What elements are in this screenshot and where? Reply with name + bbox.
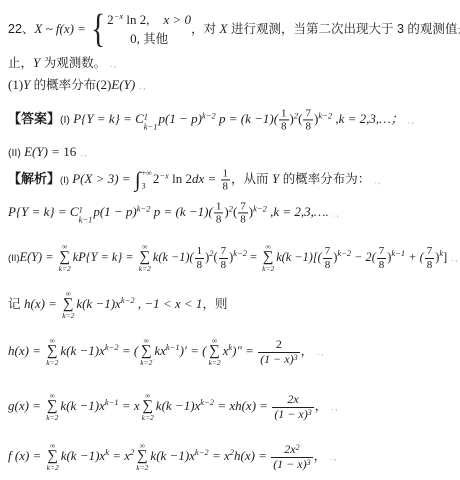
paragraph-mark: . , [331, 403, 337, 412]
frac-num: 7 [238, 200, 248, 212]
case2-zero: 0, [130, 31, 143, 46]
sum-lower: k=2 [59, 265, 71, 273]
var-x: X [220, 21, 228, 36]
summation: ∞∑k=2 [47, 442, 59, 472]
frac-num: 1 [214, 200, 224, 212]
summation: ∞∑k=2 [46, 392, 58, 422]
frac-den: 8 [377, 258, 387, 271]
pyk-lhs: P{Y = k} = C [70, 111, 144, 126]
exp-2: 2 [130, 447, 134, 457]
pyk-domain: ,k = 2,3,…； [332, 111, 404, 126]
analysis-label: 【解析】 [8, 171, 60, 186]
pyk-domain: ,k = 2,3,…. [267, 204, 329, 219]
comb-sub: k−1 [144, 122, 158, 131]
result-fraction: 2x(1 − x)3 [272, 393, 313, 420]
frac-num: 2x2 [282, 443, 301, 456]
summation: ∞∑k=2 [262, 243, 274, 273]
exp-k-1: k−1 [105, 397, 119, 407]
sum-lower: k=2 [142, 414, 154, 422]
case-positive: 2−x ln 2,x > 0 [107, 11, 191, 30]
fraction-7-8: 78 [219, 245, 229, 270]
summation: ∞∑k=2 [59, 243, 71, 273]
integral-upper: +∞ [142, 168, 152, 179]
density-lhs: X ~ f(x) = [34, 21, 89, 36]
analysis-tag-1: (I) [60, 175, 69, 186]
sum-lower: k=2 [46, 359, 58, 367]
comb-sub: k−1 [79, 215, 93, 224]
sub-questions-line: (1)Y 的概率分布(2)E(Y). , [8, 76, 145, 94]
frac-den: 8 [221, 180, 231, 193]
answer-tag-2: (II) [8, 147, 21, 159]
px3-lhs: P(X > 3) = [69, 171, 134, 186]
paragraph-mark: . , [374, 176, 380, 185]
frac-den: 8 [219, 258, 229, 271]
sigma-icon: ∑ [137, 450, 148, 464]
sigma-icon: ∑ [63, 298, 74, 312]
sigma-icon: ∑ [142, 400, 153, 414]
sigma-icon: ∑ [139, 251, 150, 265]
cont-text-post: 为观测数。 [40, 56, 106, 70]
piecewise-cases: {2−x ln 2,x > 00, 其他 [91, 11, 191, 49]
sigma-icon: ∑ [59, 251, 70, 265]
exp-k-2: k−2 [200, 397, 214, 407]
problem-statement-line: 22、X ~ f(x) = {2−x ln 2,x > 00, 其他，对 X 进… [8, 11, 460, 49]
integrand-exp: −x [159, 170, 169, 180]
q1-var-y: Y [23, 77, 33, 92]
exp-k-1: k−1 [166, 342, 180, 352]
sigma-icon: ∑ [47, 450, 58, 464]
paragraph-mark: . , [317, 348, 323, 357]
summation: ∞∑k=2 [142, 392, 154, 422]
then-text: ，则 [202, 297, 227, 311]
combination-scripts: 1k−1 [144, 113, 158, 132]
summation: ∞∑k=2 [208, 337, 220, 367]
pyk-p-exp: k−2 [137, 203, 151, 213]
trailing-comma: ， [301, 344, 314, 358]
fraction-1-8: 18 [195, 245, 205, 270]
equals-x2b: = x [209, 448, 230, 463]
h-interval: , −1 < x < 1 [135, 296, 203, 311]
sigma-icon: ∑ [263, 251, 274, 265]
exp-k-2: k−2 [121, 295, 135, 305]
f-derivation-line: f (x) = ∞∑k=2k(k −1)xk = x2∞∑k=2k(k −1)x… [8, 442, 336, 472]
combination-scripts: 1k−1 [79, 206, 93, 225]
sum-lower: k=2 [140, 359, 152, 367]
term-bracket-open: k(k −1)[( [276, 250, 322, 264]
integral-lower: 3 [142, 181, 152, 192]
frac-num: 1 [221, 167, 231, 179]
integral-sign: ∫ [135, 170, 141, 191]
follow-text-pre: ，从而 [231, 172, 272, 186]
h-definition-line: 记 h(x) = ∞∑k=2k(k −1)xk−2 , −1 < x < 1，则 [8, 290, 227, 320]
pyk-p-exp: k−2 [202, 110, 216, 120]
exp-k: k [228, 342, 232, 352]
exp-k: k [105, 447, 109, 457]
frac-den: 8 [303, 120, 313, 133]
h-term2: kx [154, 343, 166, 358]
answer-label: 【答案】 [8, 111, 60, 126]
equals-xhx: = xh(x) = [214, 398, 271, 413]
exp-k-2: k−2 [233, 248, 247, 258]
open-paren: ( [233, 204, 237, 219]
fraction-1-8: 18 [221, 167, 231, 192]
den-exp: 3 [294, 353, 298, 362]
f-term1: k(k −1)x [61, 448, 106, 463]
summation: ∞∑k=2 [139, 243, 151, 273]
open-paren: ( [213, 250, 217, 264]
den-base: (1 − x) [274, 407, 307, 421]
frac-num: 2 [274, 338, 284, 351]
equals-open: = ( [119, 343, 139, 358]
paragraph-mark: . , [408, 116, 414, 125]
sum-lower: k=2 [136, 464, 148, 472]
analysis-tag-2: (II) [8, 253, 20, 264]
answer-line-2: (II) E(Y) = 16. , [8, 143, 86, 161]
distribution-line: P{Y = k} = C1k−1p(1 − p)k−2 p = (k −1)(1… [8, 200, 339, 225]
trailing-comma: ， [315, 399, 328, 413]
sum-lower: k=2 [46, 414, 58, 422]
equals-x: = x [119, 398, 140, 413]
exp-2: 2 [209, 248, 213, 258]
exp-2: 2 [229, 203, 233, 213]
frac-den: (1 − x)3 [272, 407, 313, 421]
frac-den: (1 − x)3 [271, 457, 312, 471]
frac-den: 8 [323, 258, 333, 271]
pyk-lhs: P{Y = k} = C [8, 204, 79, 219]
pyk-rhs: p = (k −1)( [216, 111, 278, 126]
sum-lower: k=2 [139, 265, 151, 273]
frac-num: 7 [425, 245, 435, 257]
frac-den: 8 [425, 258, 435, 271]
frac-num: 1 [195, 245, 205, 257]
h-term1: k(k −1)x [60, 343, 105, 358]
fraction-7-8: 78 [238, 200, 248, 225]
plus-term: + ( [405, 250, 424, 264]
bracket-close: ] [443, 250, 447, 264]
h-lhs: h(x) = [8, 343, 44, 358]
statement-text-post: 进行观测，当第二次出现大于 3 的观测值是停 [228, 22, 460, 36]
num-base: 2x [284, 442, 295, 456]
case2-otherwise-text: 其他 [143, 32, 168, 46]
sigma-icon: ∑ [141, 345, 152, 359]
den-base: (1 − x) [260, 352, 293, 366]
follow-text-post: 的概率分布为： [279, 172, 370, 186]
fraction-7-8: 78 [303, 107, 313, 132]
exp-k: k [439, 248, 443, 258]
g-derivation-line: g(x) = ∞∑k=2k(k −1)xk−1 = x∞∑k=2k(k −1)x… [8, 392, 337, 422]
dprime-equals: )″ = [232, 343, 257, 358]
sigma-icon: ∑ [47, 400, 58, 414]
summation: ∞∑k=2 [46, 337, 58, 367]
trailing-comma: ， [314, 449, 327, 463]
result-fraction: 2(1 − x)3 [258, 338, 299, 365]
paragraph-mark: . , [80, 149, 86, 158]
summation: ∞∑k=2 [140, 337, 152, 367]
g-term1: k(k −1)x [60, 398, 105, 413]
open-paren: ( [298, 111, 302, 126]
equals-x2: = x [109, 448, 130, 463]
frac-num: 7 [219, 245, 229, 257]
g-term2: k(k −1)x [156, 398, 201, 413]
term-kpyk: kP{Y = k} = [73, 250, 137, 264]
sigma-icon: ∑ [209, 345, 220, 359]
f-lhs: f (x) = [8, 448, 45, 463]
fraction-7-8: 78 [425, 245, 435, 270]
q2-ey: E(Y) [111, 77, 135, 92]
ji-text: 记 [8, 297, 24, 311]
pyk-p-term: p(1 − p) [159, 111, 202, 126]
paragraph-mark: . , [333, 209, 339, 218]
q1-number: (1) [8, 77, 23, 92]
fraction-7-8: 78 [323, 245, 333, 270]
exp-k-1: k−1 [391, 248, 405, 258]
case1-exponent: −x [114, 11, 124, 21]
exp-k-2: k−2 [318, 110, 332, 120]
fraction-1-8: 18 [214, 200, 224, 225]
summation: ∞∑k=2 [62, 290, 74, 320]
equals: = [247, 250, 260, 264]
exp-2: 2 [230, 447, 234, 457]
h-lhs: h(x) = [24, 296, 60, 311]
paragraph-mark: . , [451, 254, 457, 263]
exp-k-2: k−2 [195, 447, 209, 457]
h-derivation-line: h(x) = ∞∑k=2k(k −1)xk−2 = (∞∑k=2kxk−1)′ … [8, 337, 323, 367]
problem-number: 22、 [8, 22, 34, 36]
statement-text-pre: ，对 [191, 22, 219, 36]
ey-lhs: E(Y) = [21, 144, 63, 159]
frac-den: 8 [279, 120, 289, 133]
frac-num: 7 [377, 245, 387, 257]
paragraph-mark: . , [139, 82, 145, 91]
fraction-7-8: 78 [377, 245, 387, 270]
q2-number: (2) [96, 77, 111, 92]
sum-lower: k=2 [262, 265, 274, 273]
num-exp: 2 [296, 443, 300, 452]
den-exp: 3 [307, 458, 311, 467]
left-brace: { [91, 10, 105, 51]
result-fraction: 2x2(1 − x)3 [271, 443, 312, 470]
answer-line-1: 【答案】(I) P{Y = k} = C1k−1p(1 − p)k−2 p = … [8, 107, 414, 132]
case1-condition: x > 0 [164, 12, 192, 27]
case1-ln-term: ln 2, [123, 12, 149, 27]
hx-equals: h(x) = [234, 448, 270, 463]
case-otherwise: 0, 其他 [107, 30, 191, 49]
ey-value: 16 [63, 144, 76, 159]
fraction-1-8: 18 [279, 107, 289, 132]
paragraph-mark: . , [110, 60, 116, 69]
exp-2: 2 [294, 110, 298, 120]
frac-den: 8 [195, 258, 205, 271]
f-term2: k(k −1)x [150, 448, 195, 463]
frac-num: 2x [285, 393, 300, 406]
sigma-icon: ∑ [47, 345, 58, 359]
integral: ∫+∞3 [135, 168, 152, 192]
ey-lhs: E(Y) = [20, 250, 57, 264]
integral-limits: +∞3 [142, 168, 152, 192]
answer-tag-1: (I) [60, 114, 70, 126]
frac-den: 8 [214, 213, 224, 226]
pyk-p-term: p(1 − p) [93, 204, 136, 219]
prime-equals-open: )′ = ( [180, 343, 207, 358]
problem-statement-cont: 止，Y 为观测数。. , [8, 54, 116, 72]
cont-text-pre: 止， [8, 56, 33, 70]
den-exp: 3 [308, 408, 312, 417]
analysis-line-1: 【解析】(I) P(X > 3) = ∫+∞32−x ln 2dx = 18，从… [8, 167, 380, 192]
frac-num: 7 [303, 107, 313, 119]
sum-lower: k=2 [208, 359, 220, 367]
expectation-line: (II)E(Y) = ∞∑k=2kP{Y = k} = ∞∑k=2k(k −1)… [8, 243, 457, 273]
frac-num: 1 [279, 107, 289, 119]
frac-den: (1 − x)3 [258, 352, 299, 366]
h-body: k(k −1)x [76, 296, 121, 311]
pyk-rhs: p = (k −1)( [151, 204, 213, 219]
q1-text: 的概率分布 [34, 78, 97, 92]
paragraph-mark: . , [330, 453, 336, 462]
sum-lower: k=2 [47, 464, 59, 472]
g-lhs: g(x) = [8, 398, 44, 413]
integrand-ln: ln 2 [169, 171, 192, 186]
term-kk1: k(k −1)( [153, 250, 194, 264]
frac-den: 8 [238, 213, 248, 226]
cases-column: 2−x ln 2,x > 00, 其他 [107, 11, 191, 49]
minus-2-term: − 2( [351, 250, 376, 264]
case1-base: 2 [107, 12, 114, 27]
exp-k-2: k−2 [105, 342, 119, 352]
den-base: (1 − x) [273, 457, 306, 471]
frac-num: 7 [323, 245, 333, 257]
exp-k-2: k−2 [337, 248, 351, 258]
exp-k-2: k−2 [253, 203, 267, 213]
integrand-dx: dx = [192, 171, 220, 186]
summation: ∞∑k=2 [136, 442, 148, 472]
sum-lower: k=2 [62, 312, 74, 320]
